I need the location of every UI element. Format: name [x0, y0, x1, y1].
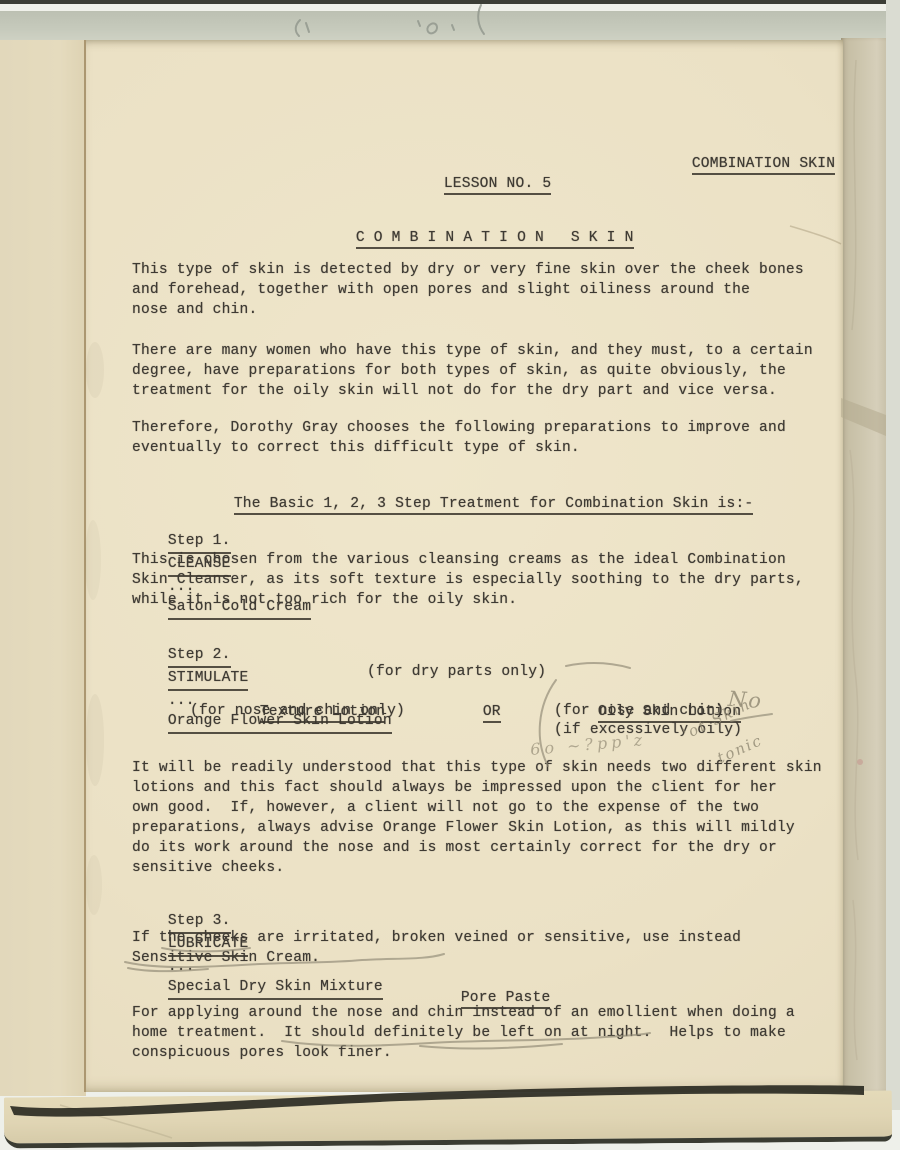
pore-paste-paragraph: For applying around the nose and chin in… — [132, 1003, 822, 1063]
oily-lotion-note-2: (if excessively oily) — [554, 720, 742, 740]
scanner-background-band — [0, 11, 900, 41]
intro-paragraph-3: Therefore, Dorothy Gray chooses the foll… — [132, 418, 822, 458]
underlying-page-left-edge — [0, 40, 86, 1096]
dry-parts-note: (for dry parts only) — [367, 662, 546, 682]
lesson-number: LESSON NO. 5 — [408, 154, 551, 214]
header-corner-label: COMBINATION SKIN — [656, 134, 835, 194]
texture-lotion-note: (for nose and chin only) — [190, 701, 405, 721]
crumpled-page-right-edge — [841, 38, 886, 1092]
header-corner-text: COMBINATION SKIN — [692, 156, 835, 175]
intro-paragraph-2: There are many women who have this type … — [132, 341, 822, 401]
step-2-label: Step 2. — [168, 645, 231, 668]
lotion-paragraph: It will be readily understood that this … — [132, 758, 822, 878]
step-1-paragraph: This is chosen from the various cleansin… — [132, 550, 822, 610]
scan-edge-light — [0, 4, 900, 11]
or-label: OR — [447, 682, 501, 742]
oily-lotion-note-1: (for nose and chin) — [554, 701, 724, 721]
underlying-page-bottom — [4, 1091, 892, 1149]
scanner-background-right — [886, 0, 900, 1110]
intro-paragraph-1: This type of skin is detected by dry or … — [132, 260, 822, 320]
step-3-product: Special Dry Skin Mixture — [168, 977, 383, 1000]
scanned-document: { "colors":{ "paper":"#ebe1c5", "ink":"#… — [0, 0, 900, 1150]
page-sheet: COMBINATION SKIN LESSON NO. 5 C O M B I … — [84, 40, 843, 1092]
document-title: C O M B I N A T I O N S K I N — [320, 208, 634, 268]
step-3-paragraph: If the cheeks are irritated, broken vein… — [132, 928, 822, 968]
